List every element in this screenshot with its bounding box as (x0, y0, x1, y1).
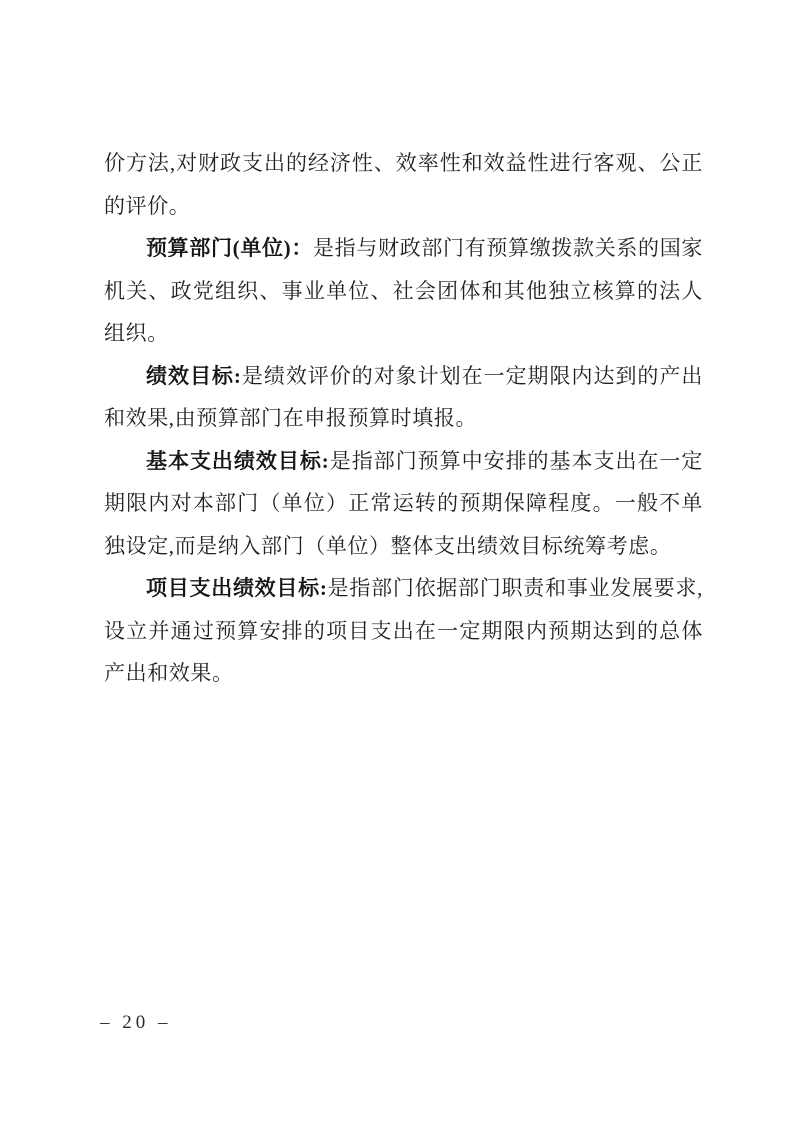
paragraph-budget-department: 预算部门(单位)：是指与财政部门有预算缴拨款关系的国家机关、政党组织、事业单位、… (104, 227, 703, 355)
paragraph-term: 绩效目标: (146, 364, 242, 388)
paragraph-continuation: 价方法,对财政支出的经济性、效率性和效益性进行客观、公正的评价。 (104, 142, 703, 227)
page-number: – 20 – (100, 1012, 172, 1034)
paragraph-term: 基本支出绩效目标: (146, 449, 329, 473)
paragraph-term: 预算部门(单位)： (146, 236, 313, 260)
paragraph-term: 项目支出绩效目标: (146, 576, 327, 600)
document-body-text: 价方法,对财政支出的经济性、效率性和效益性进行客观、公正的评价。 预算部门(单位… (104, 142, 703, 695)
paragraph-performance-goal: 绩效目标:是绩效评价的对象计划在一定期限内达到的产出和效果,由预算部门在申报预算… (104, 355, 703, 440)
paragraph-basic-expenditure-goal: 基本支出绩效目标:是指部门预算中安排的基本支出在一定期限内对本部门（单位）正常运… (104, 440, 703, 568)
paragraph-project-expenditure-goal: 项目支出绩效目标:是指部门依据部门职责和事业发展要求,设立并通过预算安排的项目支… (104, 567, 703, 695)
document-page: 价方法,对财政支出的经济性、效率性和效益性进行客观、公正的评价。 预算部门(单位… (0, 0, 793, 1122)
paragraph-text: 价方法,对财政支出的经济性、效率性和效益性进行客观、公正的评价。 (104, 151, 703, 218)
